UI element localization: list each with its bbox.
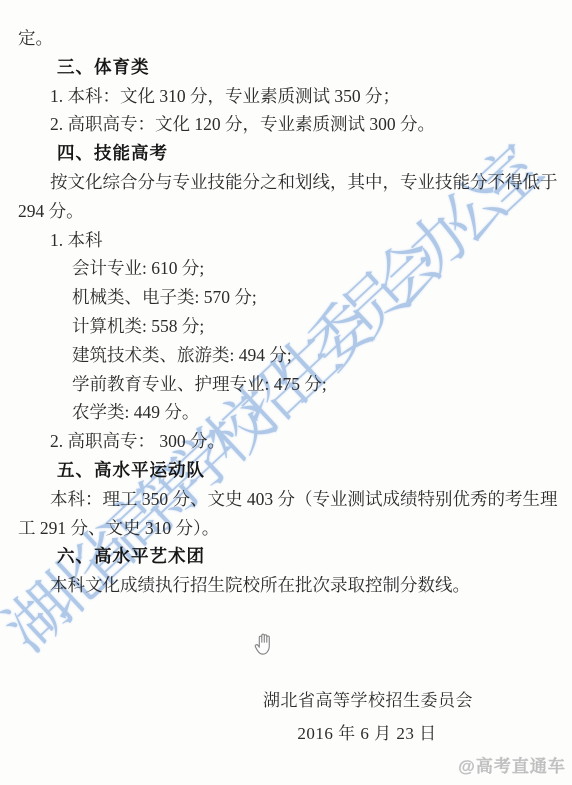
score-item-agronomy: 农学类: 449 分。 <box>72 398 562 427</box>
text-line: 2. 高职高专： 300 分。 <box>50 427 562 456</box>
section-heading-skills-exam: 四、技能高考 <box>57 139 562 168</box>
score-item-computer: 计算机类: 558 分; <box>72 312 562 341</box>
text-line: 本科：理工 350 分、文史 403 分（专业测试成绩特别优秀的考生理 <box>50 485 562 514</box>
hand-grab-cursor-icon <box>252 629 277 656</box>
score-item-preschool-nursing: 学前教育专业、护理专业: 475 分; <box>72 370 562 399</box>
section-heading-sports: 三、体育类 <box>57 53 562 82</box>
section-heading-art-troupe: 六、高水平艺术团 <box>57 542 562 571</box>
text-line: 2. 高职高专：文化 120 分，专业素质测试 300 分。 <box>50 110 562 139</box>
section-heading-athletes: 五、高水平运动队 <box>57 456 562 485</box>
text-line: 1. 本科 <box>50 226 562 255</box>
text-line: 工 291 分、文史 310 分）。 <box>18 514 562 543</box>
signature-organization: 湖北省高等学校招生委员会 <box>263 690 471 720</box>
text-line: 本科文化成绩执行招生院校所在批次录取控制分数线。 <box>50 571 562 600</box>
text-line: 1. 本科：文化 310 分，专业素质测试 350 分； <box>50 82 562 111</box>
score-item-accounting: 会计专业: 610 分; <box>72 254 562 283</box>
text-line: 定。 <box>18 24 562 53</box>
corner-watermark: @高考直通车 <box>458 752 566 777</box>
score-item-mechanical-electronic: 机械类、电子类: 570 分; <box>72 283 562 312</box>
document-body: 定。 三、体育类 1. 本科：文化 310 分，专业素质测试 350 分； 2.… <box>18 24 562 600</box>
signature-block: 湖北省高等学校招生委员会 2016 年 6 月 23 日 <box>263 690 471 748</box>
signature-date: 2016 年 6 月 23 日 <box>263 720 471 748</box>
text-line: 按文化综合分与专业技能分之和划线，其中，专业技能分不得低于 <box>50 168 562 197</box>
document-page[interactable]: 湖北省高等学校招生委员会办公室 定。 三、体育类 1. 本科：文化 310 分，… <box>0 0 572 785</box>
text-line: 294 分。 <box>18 197 562 226</box>
score-item-construction-tourism: 建筑技术类、旅游类: 494 分; <box>72 341 562 370</box>
